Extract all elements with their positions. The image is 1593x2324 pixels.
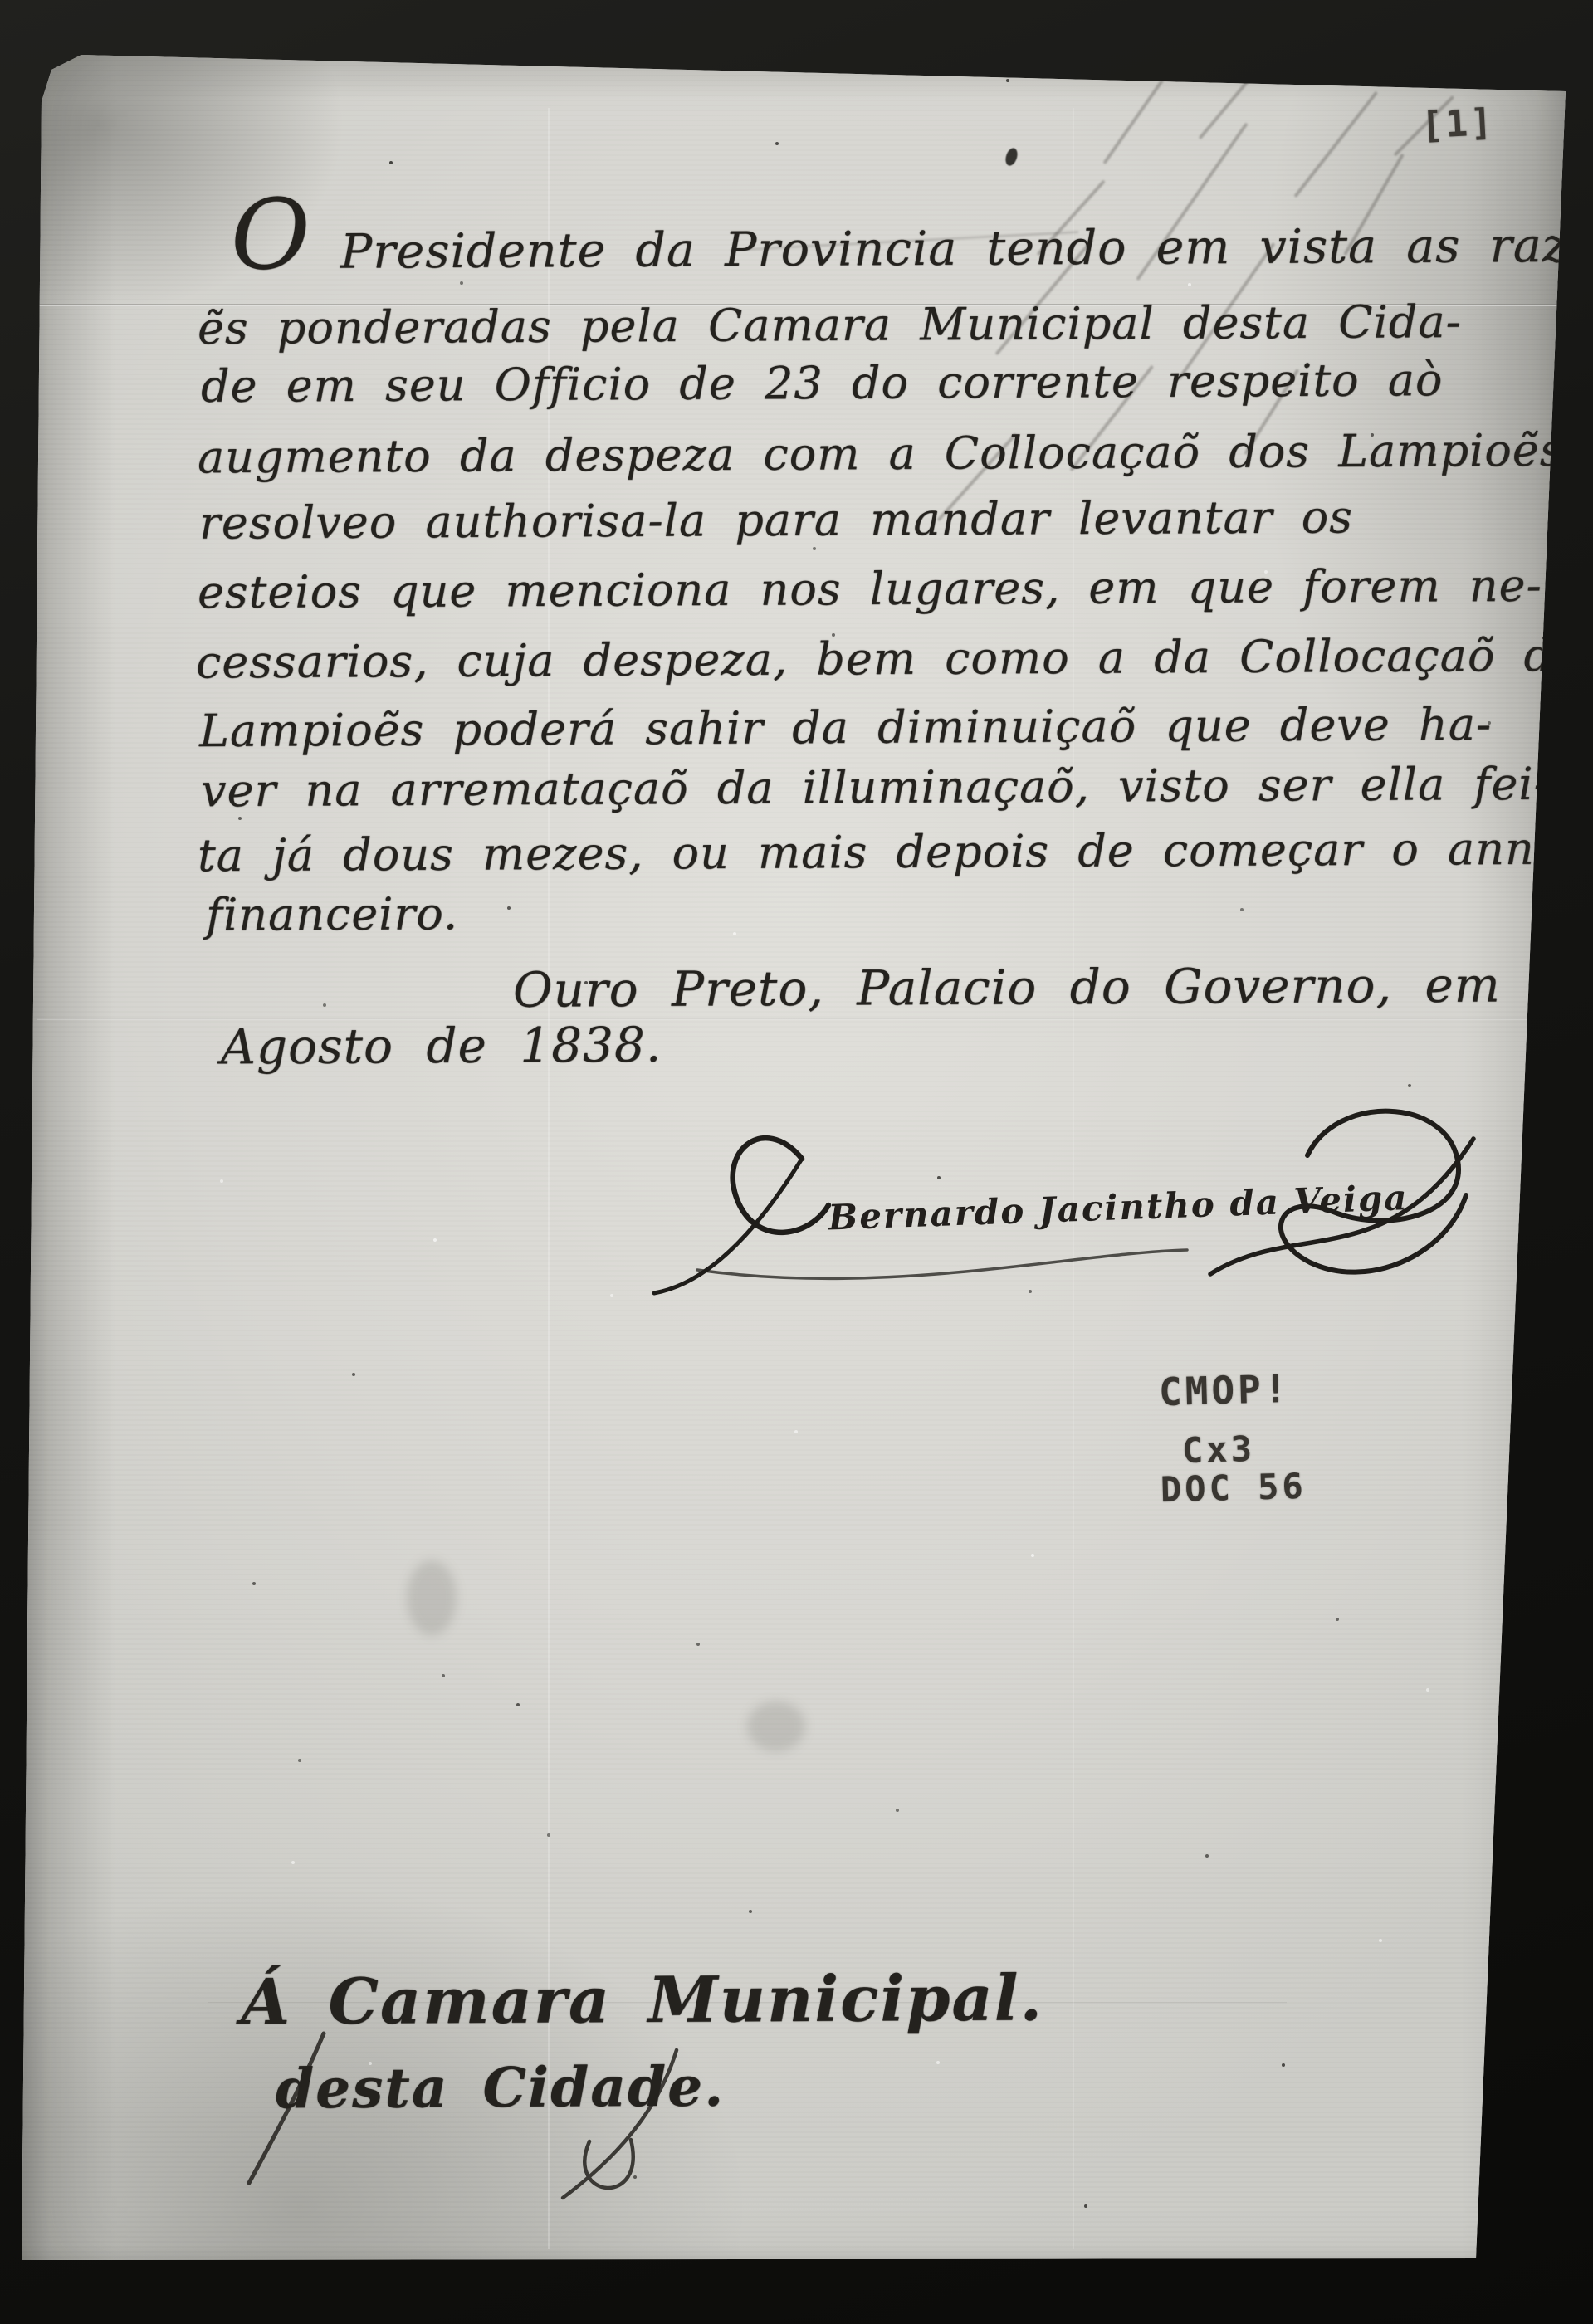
- page-number-stamp: [1]: [1420, 101, 1496, 148]
- archive-stamp-line-3: DOC 56: [1160, 1466, 1307, 1511]
- paper-smudge: [407, 1560, 457, 1635]
- ink-blot: [1004, 147, 1019, 168]
- manuscript-line-7: cessarios, cuja despeza, bem como a da C…: [196, 633, 1593, 686]
- manuscript-line-2: ẽs ponderadas pela Camara Municipal dest…: [198, 300, 1462, 351]
- signature-name: Bernardo Jacintho da Veiga: [827, 1177, 1409, 1238]
- dust-specks-dark: [0, 0, 2, 2]
- manuscript-line-10: ta já dous mezes, ou mais depois de come…: [198, 827, 1562, 879]
- paper-smudge: [747, 1701, 805, 1751]
- manuscript-line-5: resolveo authorisa-la para mandar levant…: [199, 495, 1353, 545]
- dust-specks-light: [0, 0, 2, 2]
- manuscript-line-6: esteios que menciona nos lugares, em que…: [198, 564, 1542, 615]
- address-flourish: [199, 1934, 996, 2216]
- manuscript-line-3: de em seu Officio de 23 do corrente resp…: [201, 358, 1444, 409]
- signature-flourish: Bernardo Jacintho da Veiga: [639, 1079, 1486, 1303]
- manuscript-line-8: Lampioẽs poderá sahir da diminuiçaõ que …: [199, 702, 1492, 754]
- photo-background: [1] O Presidente da Provincia tendo em v…: [0, 0, 1593, 2324]
- manuscript-line-4: augmento da despeza com a Collocaçaõ dos…: [198, 428, 1579, 481]
- manuscript-page: [1] O Presidente da Provincia tendo em v…: [0, 0, 1593, 2324]
- manuscript-line-11: financeiro.: [206, 891, 458, 938]
- dateline-date: Agosto de 1838.: [221, 1021, 662, 1072]
- manuscript-line-1: O Presidente da Provincia tendo em vista…: [231, 222, 1593, 277]
- ink-bleedthrough-stroke: [1198, 4, 1312, 139]
- dateline-place: Ouro Preto, Palacio do Governo, em 28 de: [513, 959, 1593, 1013]
- manuscript-line-9: ver na arremataçaõ da illuminaçaõ, visto…: [201, 762, 1550, 814]
- ink-bleedthrough-stroke: [1293, 91, 1378, 198]
- ink-bleedthrough-stroke: [1102, 61, 1176, 164]
- archive-stamp-line-1: CMOP!: [1158, 1366, 1291, 1414]
- archive-stamp-line-2: Cx3: [1181, 1428, 1255, 1471]
